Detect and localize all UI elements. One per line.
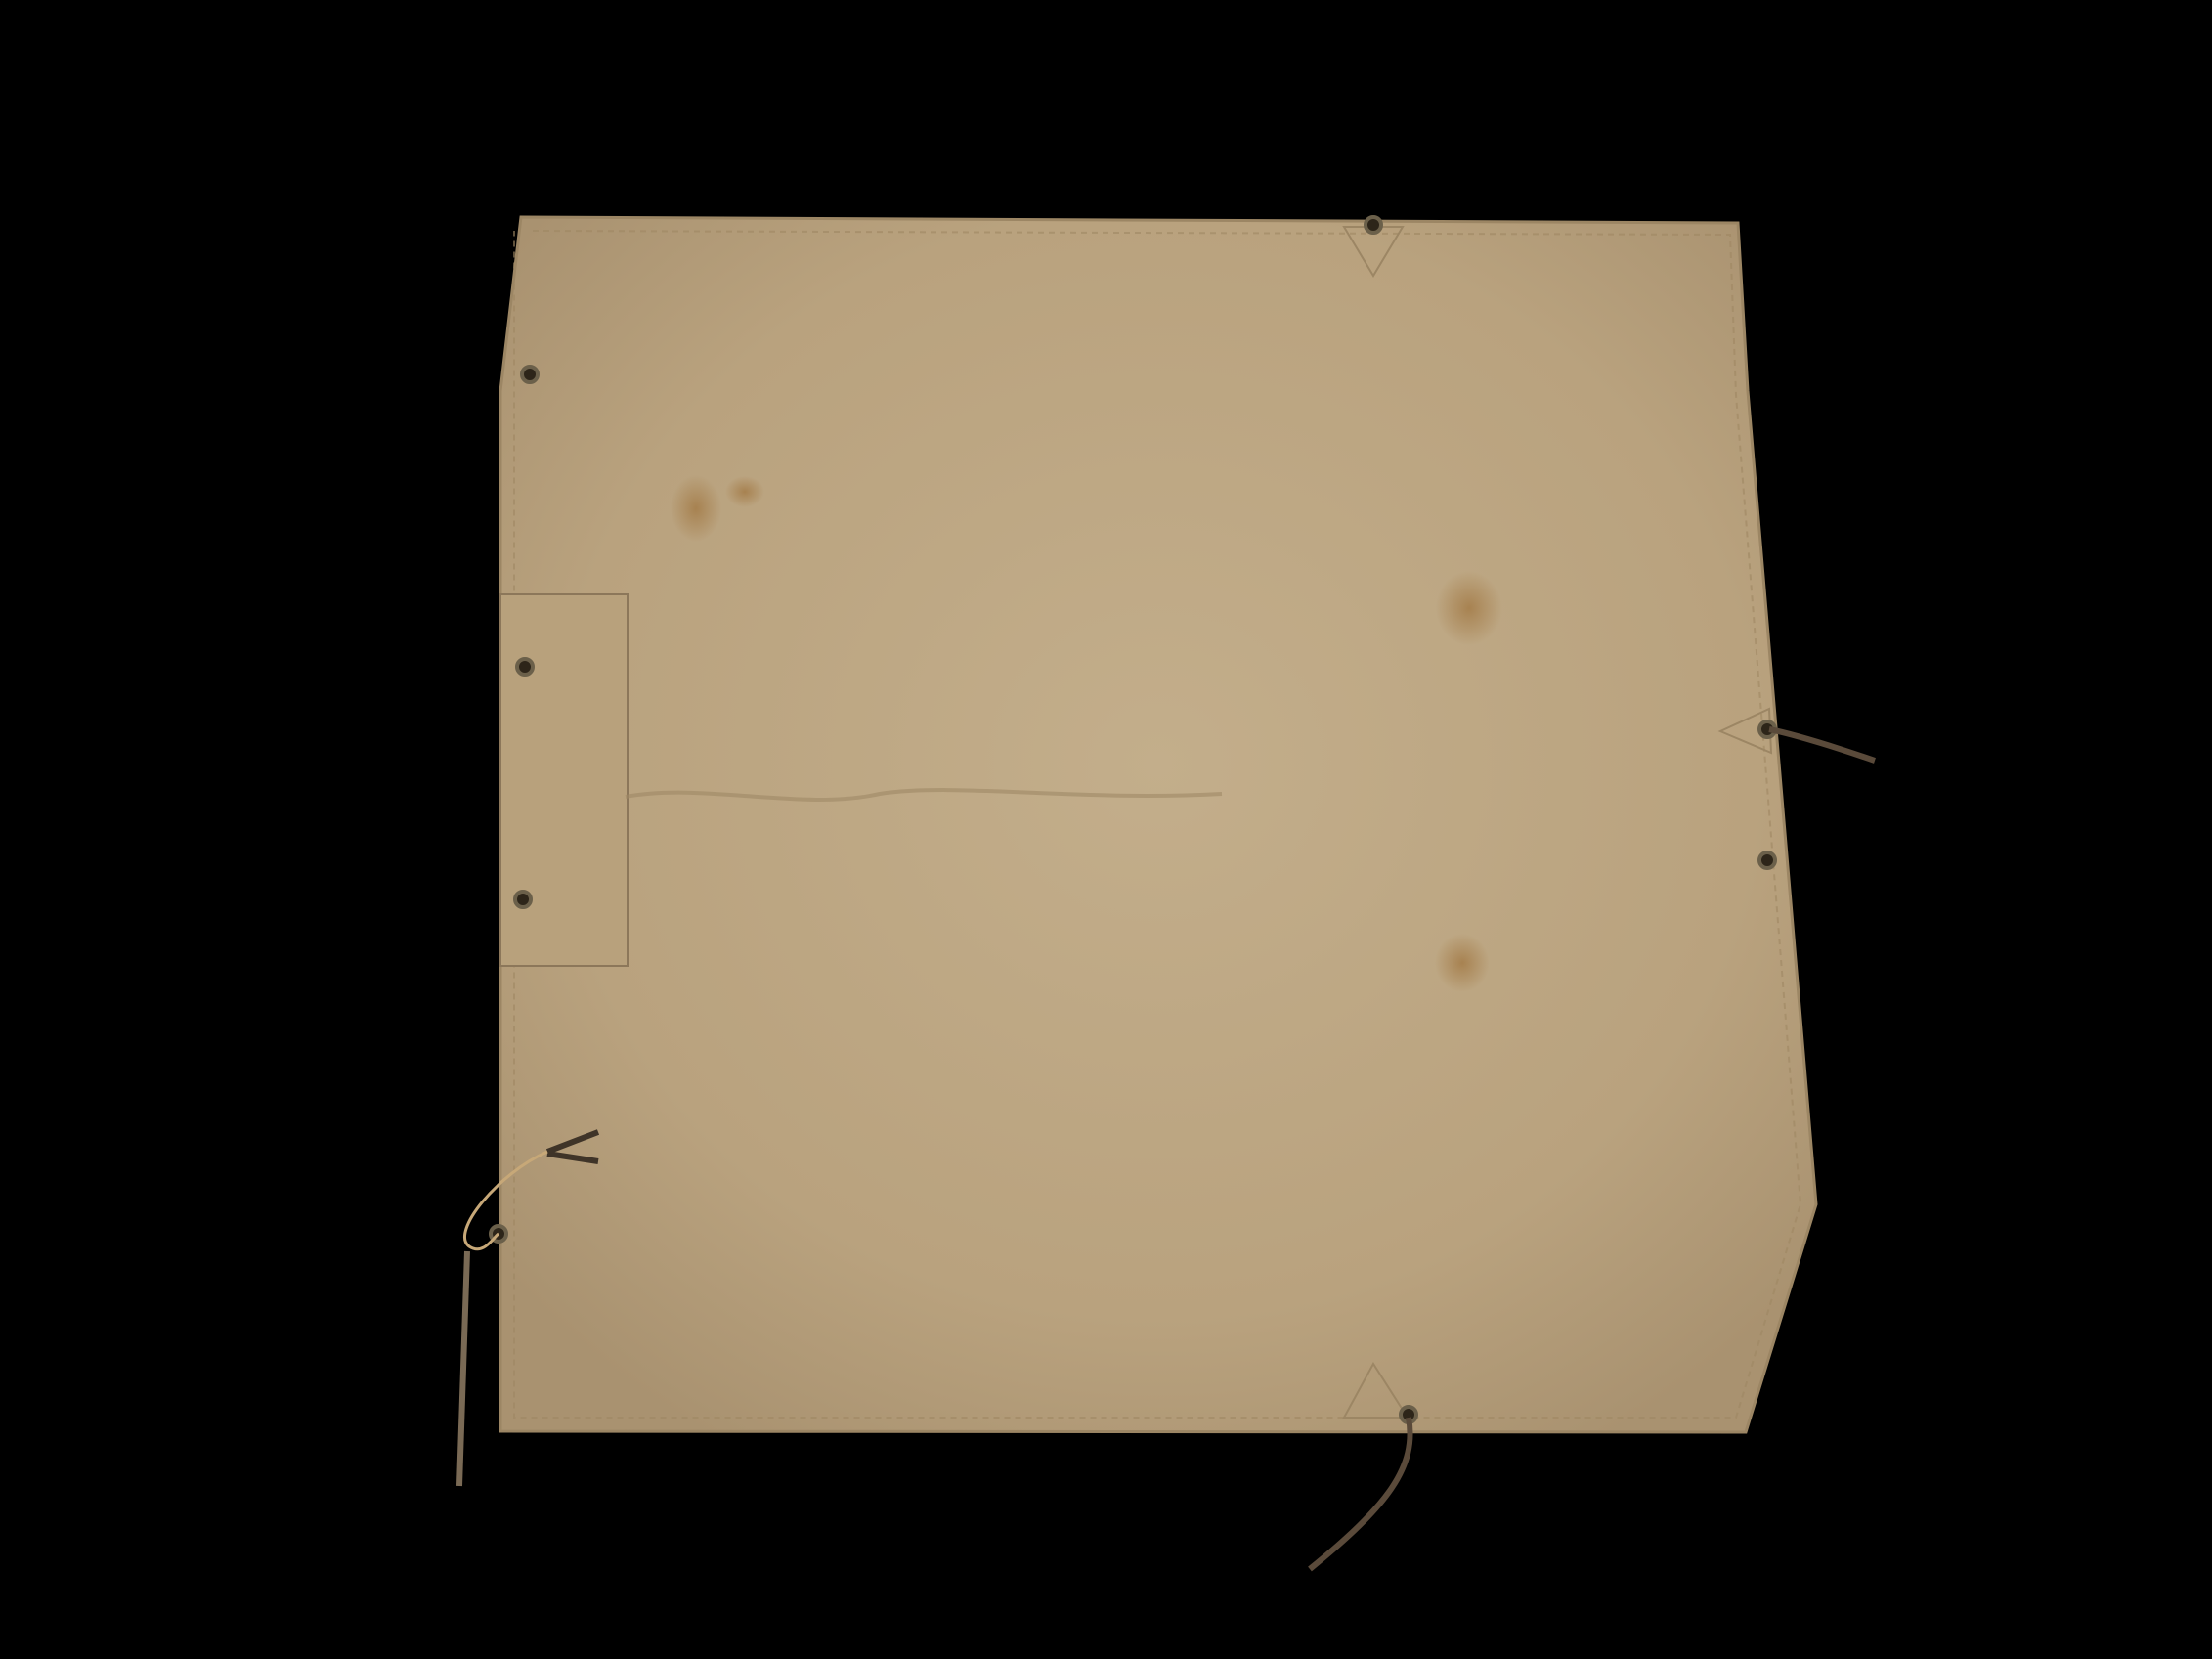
canvas-tarp-photo: [0, 0, 2212, 1659]
leather-tie-right: [1769, 729, 1875, 761]
tarp-body: [500, 217, 1816, 1432]
pocket-panel: [500, 594, 628, 966]
stain: [725, 476, 764, 507]
stain: [1435, 934, 1490, 992]
leather-tie-bottom: [1310, 1418, 1410, 1569]
stain: [671, 475, 721, 542]
stain: [1436, 571, 1502, 645]
photo-background: [0, 0, 2212, 1659]
leather-tie-hanging: [459, 1251, 467, 1486]
